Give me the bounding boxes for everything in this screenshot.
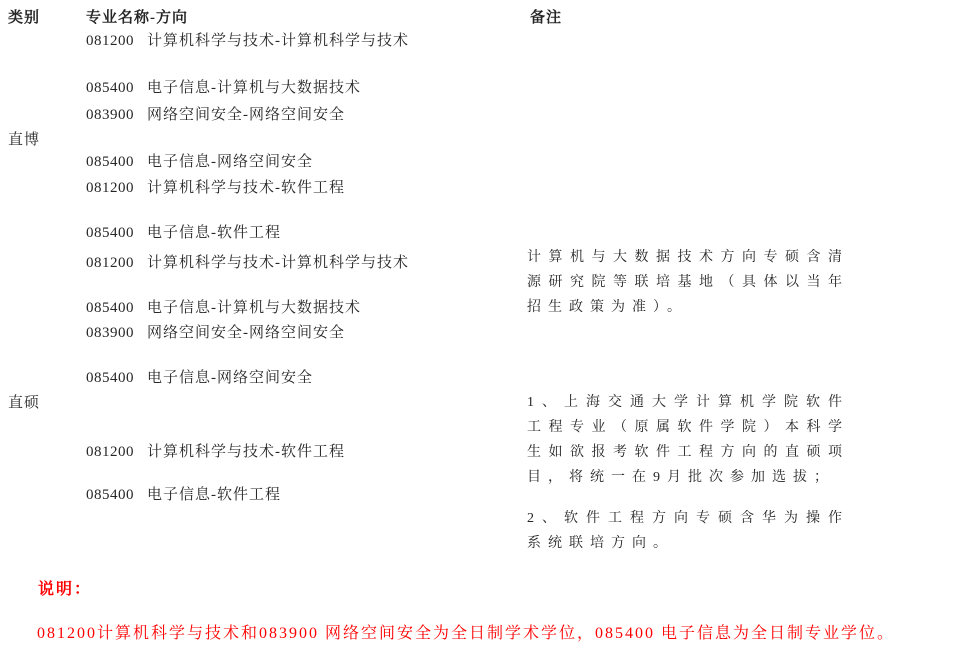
program-name: 网络空间安全-网络空间安全: [147, 107, 345, 123]
program-row: 085400电子信息-网络空间安全: [86, 152, 313, 172]
program-name: 电子信息-计算机与大数据技术: [147, 80, 361, 96]
program-row: 081200计算机科学与技术-计算机科学与技术: [86, 253, 409, 273]
footer-heading: 说明：: [38, 576, 92, 599]
program-row: 081200计算机科学与技术-软件工程: [86, 178, 345, 198]
program-row: 085400电子信息-网络空间安全: [86, 368, 313, 388]
program-name: 电子信息-网络空间安全: [147, 154, 313, 170]
program-row: 083900网络空间安全-网络空间安全: [86, 323, 345, 343]
program-name: 计算机科学与技术-计算机科学与技术: [147, 33, 409, 49]
program-name: 电子信息-网络空间安全: [147, 370, 313, 386]
program-code: 081200: [86, 180, 134, 196]
program-code: 083900: [86, 325, 134, 341]
program-row: 085400电子信息-软件工程: [86, 223, 281, 243]
program-code: 085400: [86, 80, 134, 96]
program-code: 085400: [86, 225, 134, 241]
program-code: 083900: [86, 107, 134, 123]
program-name: 网络空间安全-网络空间安全: [147, 325, 345, 341]
program-code: 085400: [86, 370, 134, 386]
program-row: 085400电子信息-计算机与大数据技术: [86, 78, 361, 98]
program-code: 081200: [86, 444, 134, 460]
program-row: 085400电子信息-计算机与大数据技术: [86, 298, 361, 318]
remark-note: 1、上海交通大学计算机学院软件工程专业（原属软件学院）本科学生如欲报考软件工程方…: [527, 390, 849, 490]
column-header-major: 专业名称-方向: [86, 6, 188, 27]
program-row: 083900网络空间安全-网络空间安全: [86, 105, 345, 125]
program-name: 计算机科学与技术-软件工程: [147, 444, 345, 460]
program-name: 计算机科学与技术-软件工程: [147, 180, 345, 196]
program-name: 电子信息-计算机与大数据技术: [147, 300, 361, 316]
footer-note: 081200计算机科学与技术和083900 网络空间安全为全日制学术学位，085…: [37, 620, 895, 643]
remark-note: 计算机与大数据技术方向专硕含清源研究院等联培基地（具体以当年招生政策为准）。: [527, 245, 849, 320]
section-label-zhishuo: 直硕: [8, 391, 40, 412]
program-row: 085400电子信息-软件工程: [86, 485, 281, 505]
program-code: 081200: [86, 33, 134, 49]
program-code: 081200: [86, 255, 134, 271]
program-code: 085400: [86, 300, 134, 316]
program-code: 085400: [86, 487, 134, 503]
program-name: 电子信息-软件工程: [147, 487, 281, 503]
column-header-remark: 备注: [530, 6, 562, 27]
remark-note: 2、软件工程方向专硕含华为操作系统联培方向。: [527, 506, 849, 556]
admissions-program-table: 类别 专业名称-方向 备注 直博 直硕 081200计算机科学与技术-计算机科学…: [0, 0, 975, 666]
program-row: 081200计算机科学与技术-软件工程: [86, 442, 345, 462]
section-label-zhibo: 直博: [8, 128, 40, 149]
program-row: 081200计算机科学与技术-计算机科学与技术: [86, 31, 409, 51]
program-code: 085400: [86, 154, 134, 170]
program-name: 计算机科学与技术-计算机科学与技术: [147, 255, 409, 271]
column-header-category: 类别: [8, 6, 40, 27]
program-name: 电子信息-软件工程: [147, 225, 281, 241]
